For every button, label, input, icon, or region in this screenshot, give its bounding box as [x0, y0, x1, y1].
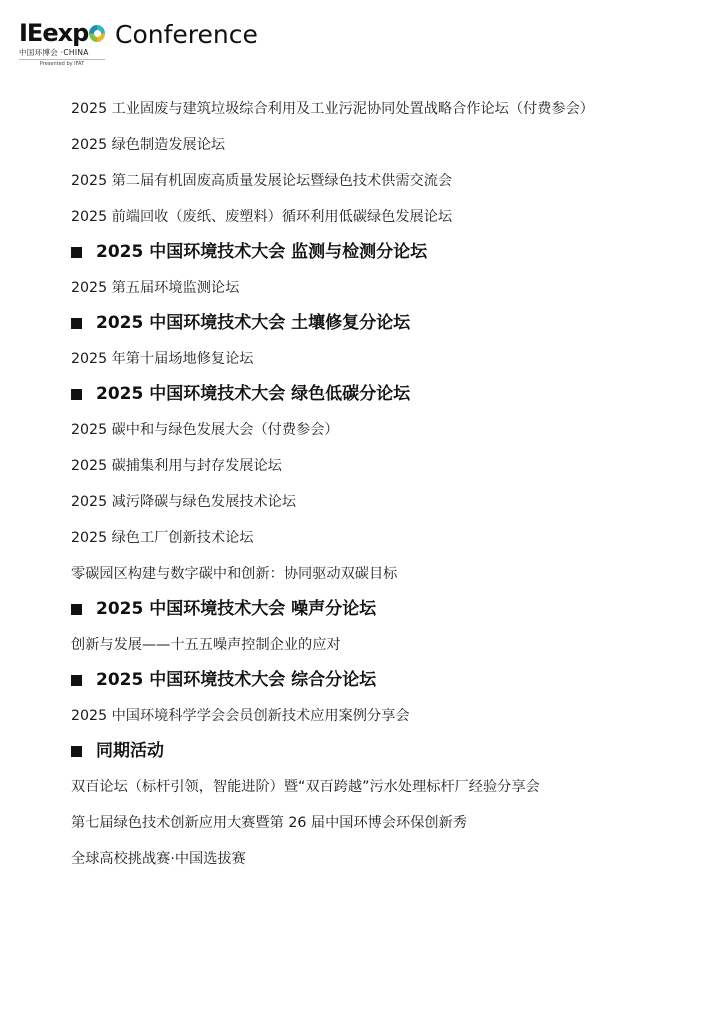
section-heading: 2025 中国环境技术大会 综合分论坛	[71, 668, 711, 705]
list-item: 2025 第二届有机固废高质量发展论坛暨绿色技术供需交流会	[71, 170, 711, 206]
list-item: 2025 碳中和与绿色发展大会（付费参会）	[71, 419, 711, 455]
logo-subtitle: 中国环博会 ·CHINA	[19, 47, 105, 58]
section-heading: 2025 中国环境技术大会 监测与检测分论坛	[71, 240, 711, 277]
list-item: 2025 前端回收（废纸、废塑料）循环利用低碳绿色发展论坛	[71, 206, 711, 242]
logo-presented-by: Presented by IFAT	[19, 59, 105, 67]
section-heading: 2025 中国环境技术大会 噪声分论坛	[71, 597, 711, 634]
bullet-square-icon	[71, 389, 82, 400]
bullet-square-icon	[71, 318, 82, 329]
section-heading: 2025 中国环境技术大会 绿色低碳分论坛	[71, 382, 711, 419]
list-item: 2025 工业固废与建筑垃圾综合利用及工业污泥协同处置战略合作论坛（付费参会）	[71, 98, 711, 134]
forum-list: 2025 工业固废与建筑垃圾综合利用及工业污泥协同处置战略合作论坛（付费参会） …	[71, 98, 711, 884]
list-item: 全球高校挑战赛·中国选拔赛	[71, 848, 711, 884]
logo-wordmark: IEexp	[19, 20, 88, 46]
list-item: 零碳园区构建与数字碳中和创新：协同驱动双碳目标	[71, 563, 711, 599]
bullet-square-icon	[71, 675, 82, 686]
logo-mark: IEexp 中国环博会 ·CHINA Presented by IFAT	[19, 20, 105, 67]
bullet-square-icon	[71, 746, 82, 757]
list-item: 2025 绿色工厂创新技术论坛	[71, 527, 711, 563]
section-heading: 同期活动	[71, 739, 711, 776]
list-item: 2025 第五届环境监测论坛	[71, 277, 711, 313]
section-heading: 2025 中国环境技术大会 土壤修复分论坛	[71, 311, 711, 348]
logo-ring-icon	[89, 25, 105, 42]
list-item: 2025 年第十届场地修复论坛	[71, 348, 711, 384]
list-item: 2025 减污降碳与绿色发展技术论坛	[71, 491, 711, 527]
list-item: 创新与发展——十五五噪声控制企业的应对	[71, 634, 711, 670]
page-title: Conference	[115, 19, 258, 51]
list-item: 双百论坛（标杆引领，智能进阶）暨“双百跨越”污水处理标杆厂经验分享会	[71, 776, 711, 812]
list-item: 2025 中国环境科学学会会员创新技术应用案例分享会	[71, 705, 711, 741]
bullet-square-icon	[71, 604, 82, 615]
list-item: 2025 碳捕集利用与封存发展论坛	[71, 455, 711, 491]
list-item: 第七届绿色技术创新应用大赛暨第 26 届中国环博会环保创新秀	[71, 812, 711, 848]
list-item: 2025 绿色制造发展论坛	[71, 134, 711, 170]
bullet-square-icon	[71, 247, 82, 258]
